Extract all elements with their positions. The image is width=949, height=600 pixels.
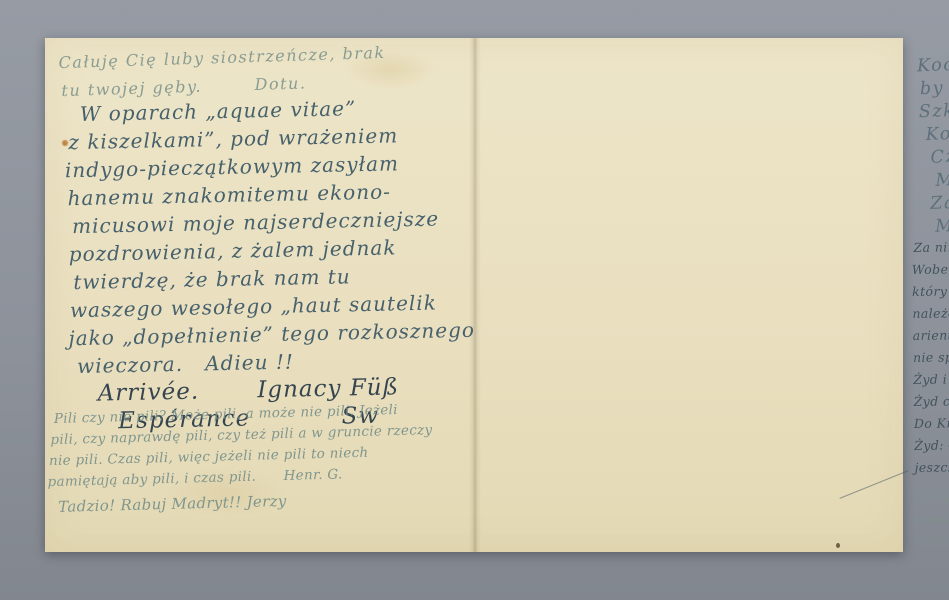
letter-scan: Całuję Cię luby siostrzeńcze, brak tu tw… <box>0 0 949 600</box>
left-page: Całuję Cię luby siostrzeńcze, brak tu tw… <box>45 38 475 552</box>
handwritten-line: O czymże tu pisać po tylu wypowiedziach,… <box>916 478 949 507</box>
ink-joke: Za nim to pismo doszło do mnie wytrzeźwi… <box>911 231 949 479</box>
pencil-note-bottom: Pili czy nie pili? Może pili, a może nie… <box>54 399 435 518</box>
handwritten-line: Tadzio! Rabuj Madryt!! Jerzy <box>58 487 435 518</box>
pencil-note-bottom-right: O czymże tu pisać po tylu wypowiedziach,… <box>916 478 949 551</box>
handwritten-line: Kochany Tadziu ! Korzystam z okazji <box>917 41 949 79</box>
letter-paper: Całuję Cię luby siostrzeńcze, brak tu tw… <box>45 38 903 552</box>
right-page: Kochany Tadziu ! Korzystam z okazji by n… <box>475 38 903 552</box>
ink-message-large: Kochany Tadziu ! Korzystam z okazji by n… <box>917 41 949 239</box>
ink-message: W oparach „aquae vitae” z kiszelkami”, p… <box>64 92 477 436</box>
